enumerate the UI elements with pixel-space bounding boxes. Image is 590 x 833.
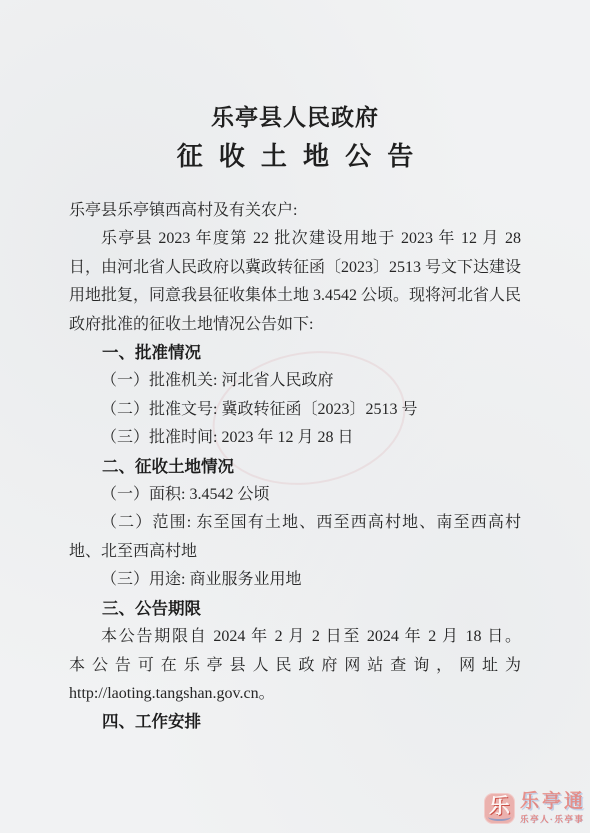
leting-tong-watermark: 乐 乐亭通 乐亭人·乐亭事	[484, 792, 586, 825]
scanned-notice-page: 乐亭县人民政府 征收土地公告 乐亭县乐亭镇西高村及有关农户: 乐亭县 2023 …	[0, 0, 590, 833]
watermark-text-block: 乐亭通 乐亭人·乐亭事	[520, 792, 586, 825]
land-range-line: （二）范围: 东至国有土地、西至西高村地、南至西高村地、北至西高村地	[69, 509, 521, 566]
approval-authority-line: （一）批准机关: 河北省人民政府	[69, 367, 521, 395]
land-use-line: （三）用途: 商业服务业用地	[69, 566, 521, 594]
watermark-tagline: 乐亭人·乐亭事	[520, 813, 584, 825]
leting-tong-app-icon: 乐	[484, 793, 515, 824]
wave-icon	[488, 813, 511, 821]
land-area-line: （一）面积: 3.4542 公顷	[69, 481, 521, 509]
notice-document: 乐亭县人民政府 征收土地公告 乐亭县乐亭镇西高村及有关农户: 乐亭县 2023 …	[69, 0, 521, 737]
issuer-title: 乐亭县人民政府	[69, 103, 521, 133]
section-heading-notice-period: 三、公告期限	[69, 595, 521, 623]
approval-doc-number-line: （二）批准文号: 冀政转征函〔2023〕2513 号	[69, 396, 521, 424]
section-heading-approval: 一、批准情况	[69, 339, 521, 367]
addressee-line: 乐亭县乐亭镇西高村及有关农户:	[69, 197, 521, 225]
section-heading-work-plan: 四、工作安排	[69, 708, 521, 736]
notice-title: 征收土地公告	[69, 139, 521, 175]
intro-paragraph: 乐亭县 2023 年度第 22 批次建设用地于 2023 年 12 月 28 日…	[69, 225, 521, 339]
notice-period-paragraph: 本公告期限自 2024 年 2 月 2 日至 2024 年 2 月 18 日。本…	[69, 623, 521, 708]
watermark-app-name: 乐亭通	[520, 792, 586, 812]
approval-date-line: （三）批准时间: 2023 年 12 月 28 日	[69, 424, 521, 452]
section-heading-land-info: 二、征收土地情况	[69, 453, 521, 481]
